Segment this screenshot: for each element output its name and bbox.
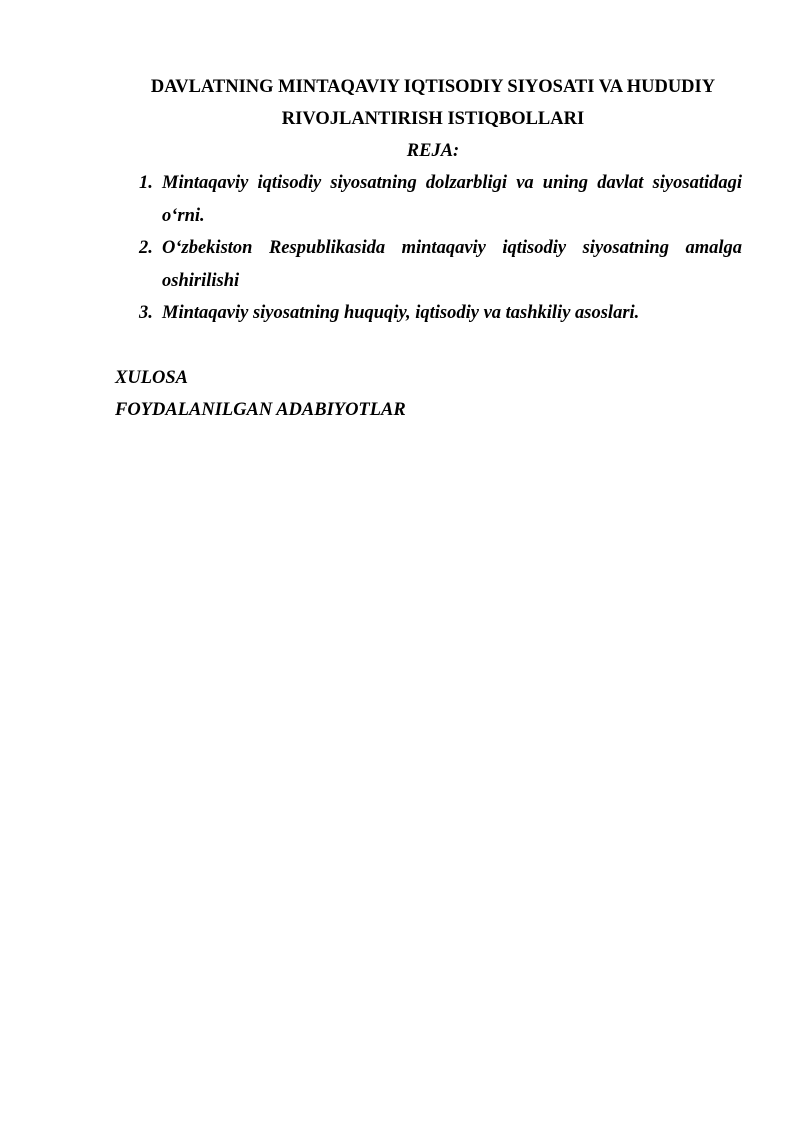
plan-item-text: O‘zbekiston Respublikasida mintaqaviy iq… [162,238,742,291]
plan-item: 2. O‘zbekiston Respublikasida mintaqaviy… [139,232,742,297]
plan-item: 3. Mintaqaviy siyosatning huquqiy, iqtis… [139,297,742,330]
document-title: DAVLATNING MINTAQAVIY IQTISODIY SIYOSATI… [100,71,766,135]
conclusion-heading: XULOSA [115,362,188,394]
plan-list: 1. Mintaqaviy iqtisodiy siyosatning dolz… [139,167,742,330]
plan-item-number: 3. [139,297,153,330]
references-heading: FOYDALANILGAN ADABIYOTLAR [115,394,406,426]
plan-item-text: Mintaqaviy siyosatning huquqiy, iqtisodi… [162,303,639,323]
plan-item-number: 2. [139,232,153,265]
plan-item-text: Mintaqaviy iqtisodiy siyosatning dolzarb… [162,173,742,226]
plan-heading: REJA: [100,135,766,167]
plan-item-number: 1. [139,167,153,200]
plan-item: 1. Mintaqaviy iqtisodiy siyosatning dolz… [139,167,742,232]
document-page: DAVLATNING MINTAQAVIY IQTISODIY SIYOSATI… [0,0,800,1131]
